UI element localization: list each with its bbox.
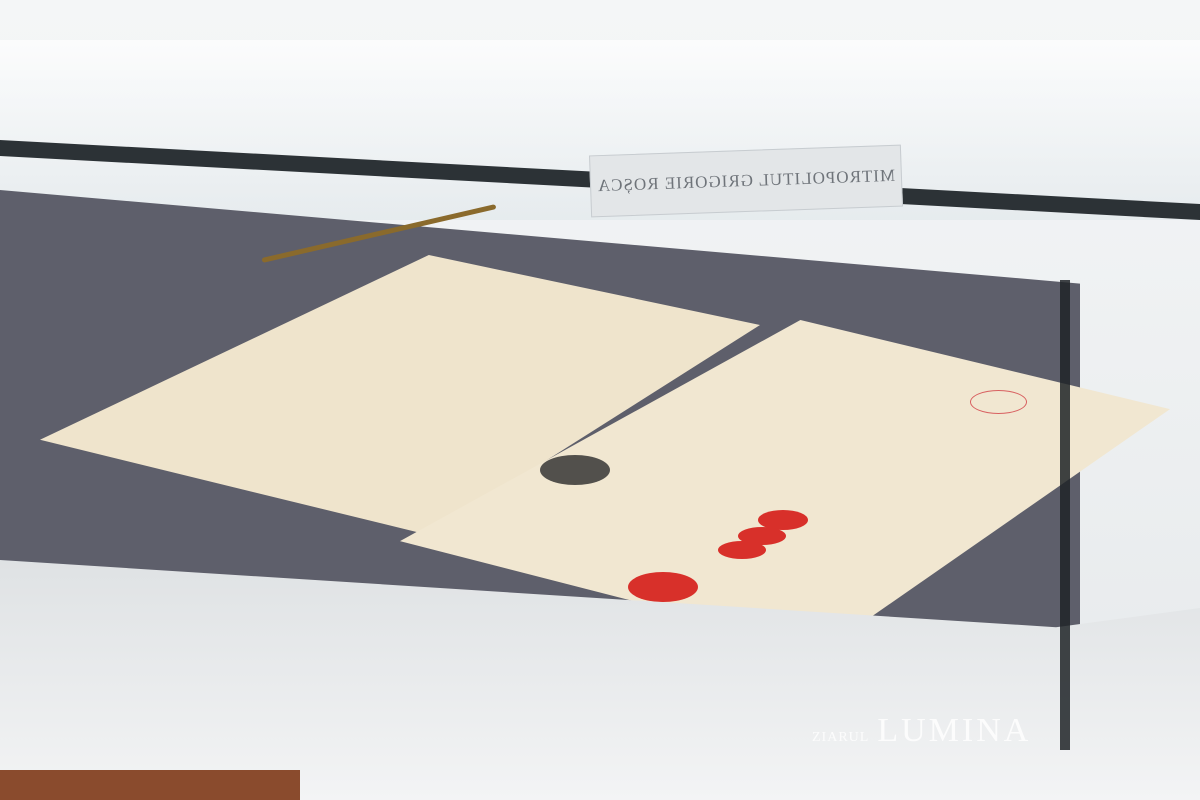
showcase-label-text: MITROPOLITUL GRIGORIE ROȘCA bbox=[597, 166, 896, 196]
ink-seal bbox=[540, 455, 610, 485]
watermark-name: LUMINA bbox=[877, 712, 1031, 750]
floor bbox=[0, 770, 300, 800]
wax-seal bbox=[718, 541, 766, 559]
wax-seal bbox=[628, 572, 698, 602]
glass-edge bbox=[1060, 280, 1070, 750]
watermark-prefix: ZIARUL bbox=[812, 730, 869, 746]
showcase-label: MITROPOLITUL GRIGORIE ROȘCA bbox=[589, 145, 903, 218]
red-stamp bbox=[970, 390, 1027, 414]
watermark: ZIARUL LUMINA bbox=[812, 712, 1031, 750]
